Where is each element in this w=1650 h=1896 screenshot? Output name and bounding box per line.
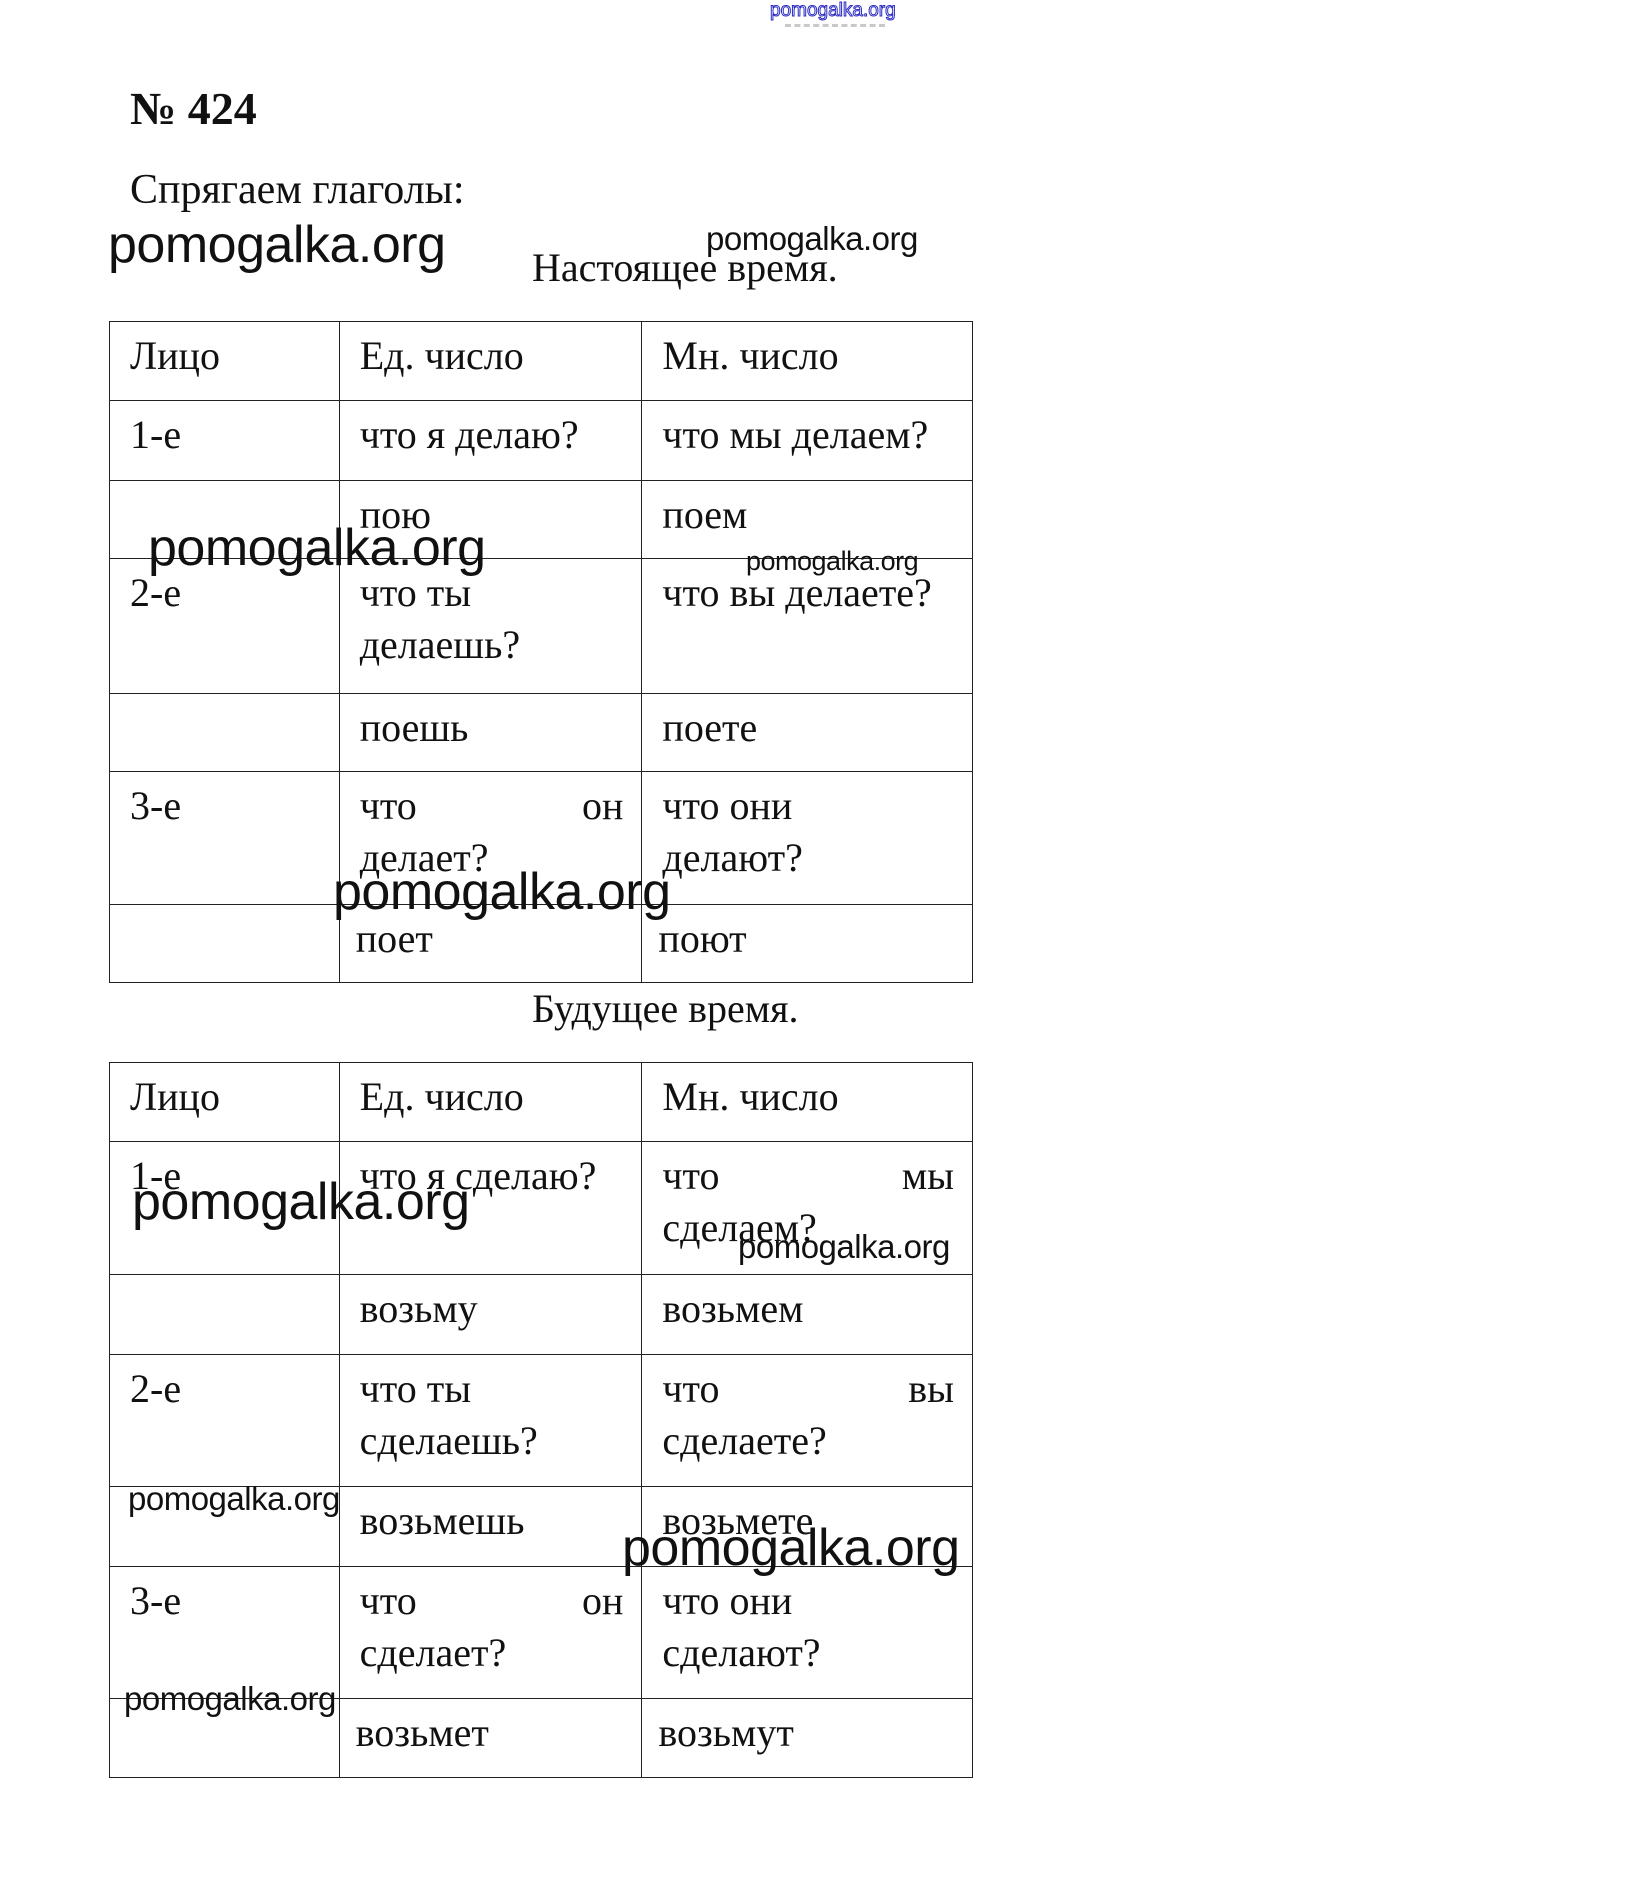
question-line: сделают? bbox=[662, 1627, 954, 1679]
table-row: возьму возьмем bbox=[110, 1275, 973, 1355]
singular-question: что ты сделаешь? bbox=[339, 1355, 642, 1487]
person-cell: 2-е bbox=[110, 559, 340, 694]
question-line: сделает? bbox=[360, 1627, 624, 1679]
singular-form: пою bbox=[339, 481, 642, 559]
header-singular: Ед. число bbox=[339, 1063, 642, 1142]
question-line: что они bbox=[662, 780, 954, 832]
table-row: возьмет возьмут bbox=[110, 1699, 973, 1778]
singular-question: что я делаю? bbox=[339, 401, 642, 481]
question-line: делают? bbox=[662, 832, 954, 884]
header-divider bbox=[785, 24, 885, 27]
person-cell: 3-е bbox=[110, 1567, 340, 1699]
question-line: чтоон bbox=[360, 1575, 624, 1627]
header-plural: Мн. число bbox=[642, 322, 973, 401]
singular-form: возьмешь bbox=[339, 1487, 642, 1567]
word: он bbox=[582, 1575, 623, 1627]
present-tense-table: Лицо Ед. число Мн. число 1-е что я делаю… bbox=[109, 321, 973, 983]
question-line: сделаешь? bbox=[360, 1415, 624, 1467]
empty-cell bbox=[110, 1699, 340, 1778]
table-row: пою поем bbox=[110, 481, 973, 559]
header-person: Лицо bbox=[110, 322, 340, 401]
question-line: сделаете? bbox=[662, 1415, 954, 1467]
question-line: делает? bbox=[360, 832, 624, 884]
singular-question: что ты делаешь? bbox=[339, 559, 642, 694]
person-cell: 1-е bbox=[110, 401, 340, 481]
watermark: pomogalka.org bbox=[108, 215, 446, 275]
word: что bbox=[360, 780, 417, 832]
singular-question: чтоон сделает? bbox=[339, 1567, 642, 1699]
singular-form: поешь bbox=[339, 694, 642, 772]
header-watermark: pomogalka.org bbox=[770, 0, 896, 22]
plural-question: что они сделают? bbox=[642, 1567, 973, 1699]
plural-form: возьмем bbox=[642, 1275, 973, 1355]
empty-cell bbox=[110, 481, 340, 559]
person-cell: 1-е bbox=[110, 1142, 340, 1275]
word: что bbox=[662, 1363, 719, 1415]
table-row: 2-е что ты делаешь? что вы делаете? bbox=[110, 559, 973, 694]
table-row: 3-е чтоон сделает? что они сделают? bbox=[110, 1567, 973, 1699]
singular-form: возьму bbox=[339, 1275, 642, 1355]
plural-question: что мы делаем? bbox=[642, 401, 973, 481]
plural-form: поют bbox=[642, 905, 973, 983]
singular-question: чтоон делает? bbox=[339, 772, 642, 905]
plural-question: чтомы сделаем? bbox=[642, 1142, 973, 1275]
person-cell: 2-е bbox=[110, 1355, 340, 1487]
question-line: что ты bbox=[360, 567, 624, 619]
question-line: что ты bbox=[360, 1363, 624, 1415]
table-row: поет поют bbox=[110, 905, 973, 983]
singular-form: возьмет bbox=[339, 1699, 642, 1778]
question-line: делаешь? bbox=[360, 619, 624, 671]
empty-cell bbox=[110, 1487, 340, 1567]
plural-form: поем bbox=[642, 481, 973, 559]
question-line: чтоон bbox=[360, 780, 624, 832]
plural-form: возьмете bbox=[642, 1487, 973, 1567]
table-row: 1-е что я делаю? что мы делаем? bbox=[110, 401, 973, 481]
word: что bbox=[360, 1575, 417, 1627]
word: вы bbox=[908, 1363, 954, 1415]
question-line: сделаем? bbox=[662, 1202, 954, 1254]
header-plural: Мн. число bbox=[642, 1063, 973, 1142]
table-row: 2-е что ты сделаешь? чтовы сделаете? bbox=[110, 1355, 973, 1487]
singular-question: что я сделаю? bbox=[339, 1142, 642, 1275]
header-person: Лицо bbox=[110, 1063, 340, 1142]
plural-form: поете bbox=[642, 694, 973, 772]
word: мы bbox=[902, 1150, 954, 1202]
plural-form: возьмут bbox=[642, 1699, 973, 1778]
present-tense-title: Настоящее время. bbox=[532, 244, 838, 291]
word: что bbox=[662, 1150, 719, 1202]
question-line: чтомы bbox=[662, 1150, 954, 1202]
plural-question: что вы делаете? bbox=[642, 559, 973, 694]
question-line: чтовы bbox=[662, 1363, 954, 1415]
word: он bbox=[582, 780, 623, 832]
future-tense-table: Лицо Ед. число Мн. число 1-е что я сдела… bbox=[109, 1062, 973, 1778]
task-intro: Спрягаем глаголы: bbox=[130, 166, 465, 214]
table-header-row: Лицо Ед. число Мн. число bbox=[110, 322, 973, 401]
plural-question: чтовы сделаете? bbox=[642, 1355, 973, 1487]
person-cell: 3-е bbox=[110, 772, 340, 905]
table-row: 3-е чтоон делает? что они делают? bbox=[110, 772, 973, 905]
table-row: 1-е что я сделаю? чтомы сделаем? bbox=[110, 1142, 973, 1275]
header-singular: Ед. число bbox=[339, 322, 642, 401]
future-tense-title: Будущее время. bbox=[532, 985, 798, 1032]
empty-cell bbox=[110, 694, 340, 772]
plural-question: что они делают? bbox=[642, 772, 973, 905]
empty-cell bbox=[110, 1275, 340, 1355]
singular-form: поет bbox=[339, 905, 642, 983]
table-row: поешь поете bbox=[110, 694, 973, 772]
task-number: № 424 bbox=[130, 82, 257, 135]
question-line: что они bbox=[662, 1575, 954, 1627]
empty-cell bbox=[110, 905, 340, 983]
table-row: возьмешь возьмете bbox=[110, 1487, 973, 1567]
table-header-row: Лицо Ед. число Мн. число bbox=[110, 1063, 973, 1142]
